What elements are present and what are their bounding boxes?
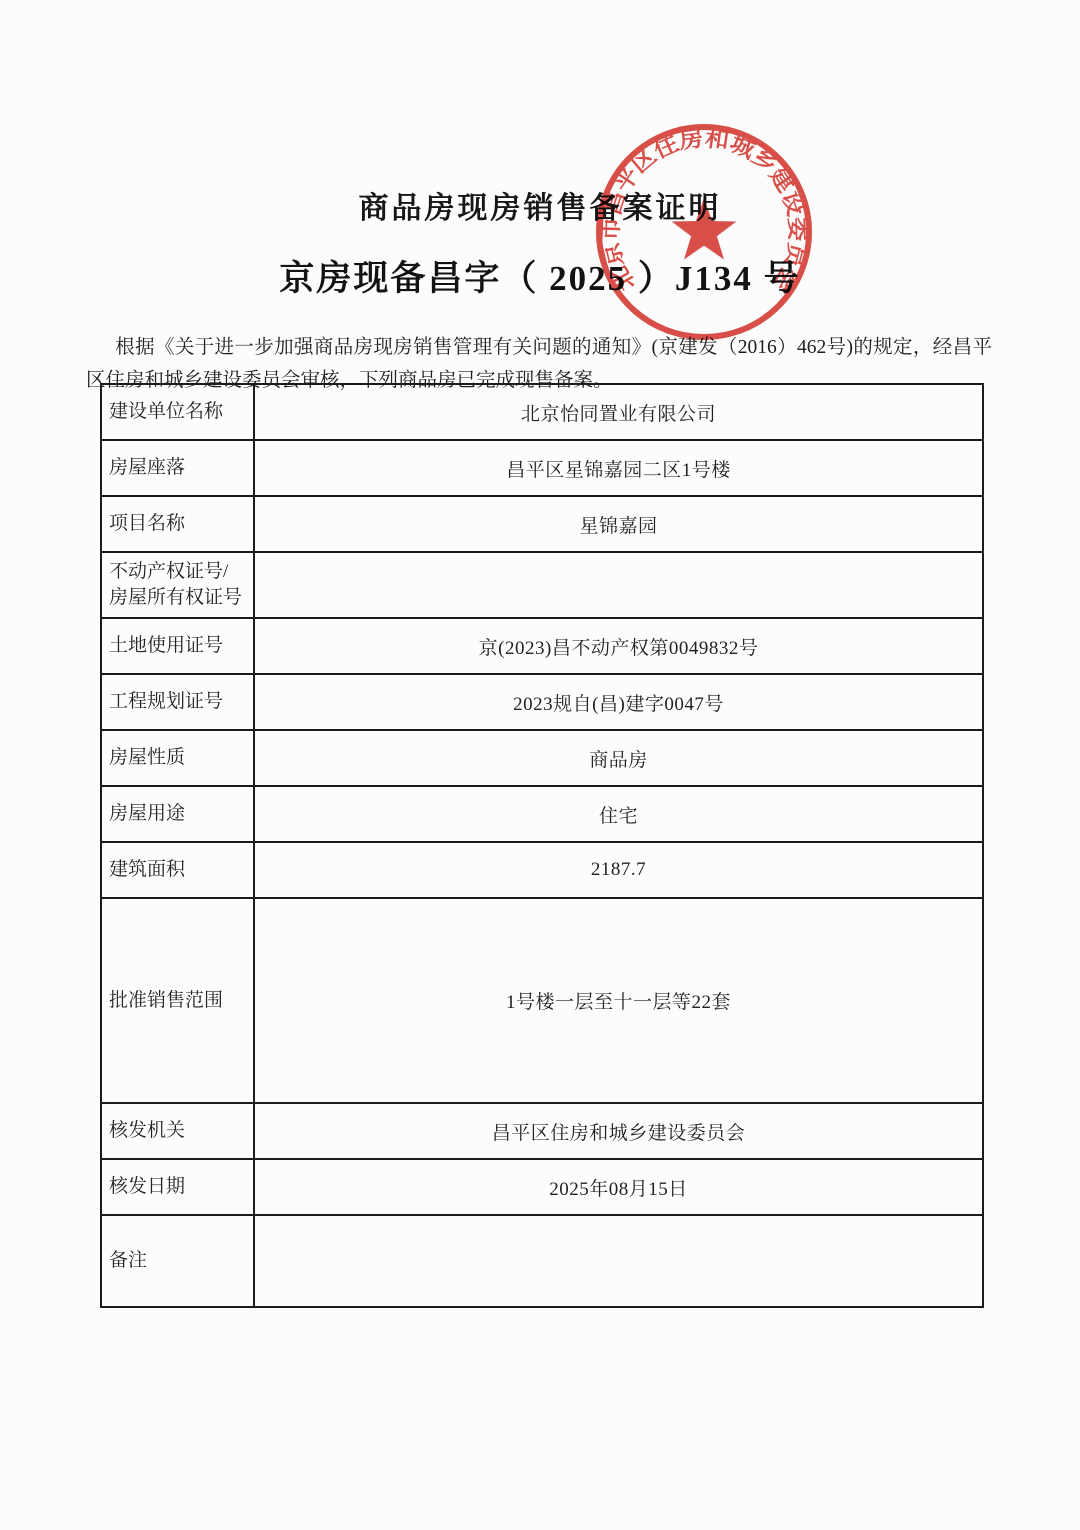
row-value: 商品房 (254, 730, 983, 786)
row-label: 不动产权证号/ 房屋所有权证号 (101, 552, 254, 618)
document-number: 京房现备昌字（ 2025 ）J134 号 (0, 251, 1080, 301)
row-label: 建筑面积 (101, 842, 254, 898)
row-value: 昌平区住房和城乡建设委员会 (254, 1103, 983, 1159)
row-label: 核发日期 (101, 1159, 254, 1215)
table-row: 项目名称 星锦嘉园 (101, 496, 983, 552)
table-row: 房屋性质 商品房 (101, 730, 983, 786)
row-label: 土地使用证号 (101, 618, 254, 674)
row-value: 京(2023)昌不动产权第0049832号 (254, 618, 983, 674)
row-value: 住宅 (254, 786, 983, 842)
certificate-page: 商品房现房销售备案证明 京房现备昌字（ 2025 ）J134 号 根据《关于进一… (0, 0, 1080, 1530)
table-row: 建设单位名称 北京怡同置业有限公司 (101, 384, 983, 440)
row-label: 房屋用途 (101, 786, 254, 842)
table-row: 备注 (101, 1215, 983, 1307)
row-value: 昌平区星锦嘉园二区1号楼 (254, 440, 983, 496)
row-label: 房屋座落 (101, 440, 254, 496)
row-label: 备注 (101, 1215, 254, 1307)
row-value: 1号楼一层至十一层等22套 (254, 898, 983, 1103)
table-row: 核发日期 2025年08月15日 (101, 1159, 983, 1215)
row-value (254, 552, 983, 618)
table-row: 房屋用途 住宅 (101, 786, 983, 842)
table-row: 房屋座落 昌平区星锦嘉园二区1号楼 (101, 440, 983, 496)
row-label: 项目名称 (101, 496, 254, 552)
table-row: 核发机关 昌平区住房和城乡建设委员会 (101, 1103, 983, 1159)
table-row: 不动产权证号/ 房屋所有权证号 (101, 552, 983, 618)
table-row: 工程规划证号 2023规自(昌)建字0047号 (101, 674, 983, 730)
row-label: 建设单位名称 (101, 384, 254, 440)
row-value: 2025年08月15日 (254, 1159, 983, 1215)
table-row: 建筑面积 2187.7 (101, 842, 983, 898)
row-value: 2023规自(昌)建字0047号 (254, 674, 983, 730)
table-row: 土地使用证号 京(2023)昌不动产权第0049832号 (101, 618, 983, 674)
table-row: 批准销售范围 1号楼一层至十一层等22套 (101, 898, 983, 1103)
certificate-table: 建设单位名称 北京怡同置业有限公司 房屋座落 昌平区星锦嘉园二区1号楼 项目名称… (100, 383, 984, 1308)
row-value: 北京怡同置业有限公司 (254, 384, 983, 440)
row-label: 核发机关 (101, 1103, 254, 1159)
row-value: 星锦嘉园 (254, 496, 983, 552)
row-label: 批准销售范围 (101, 898, 254, 1103)
row-label: 房屋性质 (101, 730, 254, 786)
row-value (254, 1215, 983, 1307)
page-title: 商品房现房销售备案证明 (0, 0, 1080, 227)
row-value: 2187.7 (254, 842, 983, 898)
row-label: 工程规划证号 (101, 674, 254, 730)
